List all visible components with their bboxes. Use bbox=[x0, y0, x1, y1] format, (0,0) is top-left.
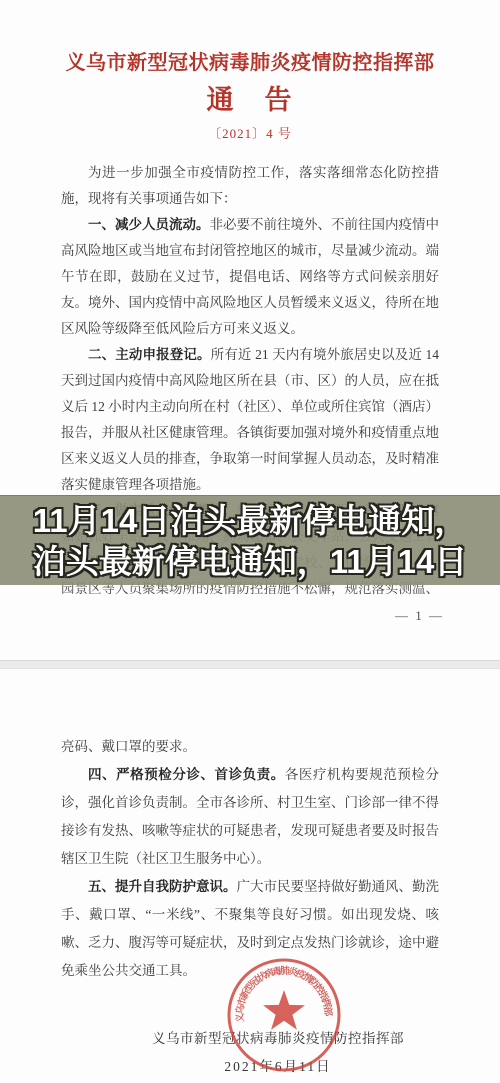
paragraph-2-lead: 二、主动申报登记。 bbox=[88, 347, 211, 362]
paragraph-intro: 为进一步加强全市疫情防控工作，落实落细常态化防控措施，现将有关事项通告如下： bbox=[61, 160, 439, 212]
paragraph-4: 四、严格预检分诊、首诊负责。各医疗机构要规范预检分诊，强化首诊负责制。全市各诊所… bbox=[61, 761, 439, 873]
signature-block: 义乌市新型冠状病毒肺炎疫情防控指挥部 2021年6月11日 bbox=[28, 1025, 500, 1081]
signature-date: 2021年6月11日 bbox=[28, 1053, 500, 1081]
caption-line-1: 11月14日泊头最新停电通知， bbox=[33, 500, 468, 541]
page2-body: 亮码、戴口罩的要求。 四、严格预检分诊、首诊负责。各医疗机构要规范预检分诊，强化… bbox=[61, 733, 439, 985]
caption-line-2: 泊头最新停电通知，11月14日 bbox=[33, 541, 468, 582]
screenshot-root: 义乌市新型冠状病毒肺炎疫情防控指挥部 通 告 〔2021〕4 号 为进一步加强全… bbox=[0, 0, 500, 1083]
doc-number: 〔2021〕4 号 bbox=[0, 123, 500, 142]
document-page-2: 亮码、戴口罩的要求。 四、严格预检分诊、首诊负责。各医疗机构要规范预检分诊，强化… bbox=[0, 669, 500, 1083]
page-divider bbox=[0, 660, 500, 669]
paragraph-2: 二、主动申报登记。所有近 21 天内有境外旅居史以及近 14 天到过国内疫情中高… bbox=[61, 342, 439, 498]
doc-type-title: 通 告 bbox=[0, 82, 500, 118]
page-number: — 1 — bbox=[395, 608, 444, 624]
paragraph-4-lead: 四、严格预检分诊、首诊负责。 bbox=[88, 767, 285, 782]
signature-org: 义乌市新型冠状病毒肺炎疫情防控指挥部 bbox=[28, 1025, 500, 1053]
seal-star-icon bbox=[263, 990, 305, 1030]
org-title: 义乌市新型冠状病毒肺炎疫情防控指挥部 bbox=[0, 48, 500, 78]
paragraph-intro-text: 为进一步加强全市疫情防控工作，落实落细常态化防控措施，现将有关事项通告如下： bbox=[61, 165, 439, 206]
paragraph-2-text: 所有近 21 天内有境外旅居史以及近 14 天到过国内疫情中高风险地区所在县（市… bbox=[61, 347, 439, 492]
paragraph-1-lead: 一、减少人员流动。 bbox=[88, 217, 210, 232]
paragraph-5-lead: 五、提升自我防护意识。 bbox=[88, 879, 237, 894]
paragraph-1-text: 非必要不前往境外、不前往国内疫情中高风险地区或当地宣布封闭管控地区的城市，尽量减… bbox=[61, 217, 439, 336]
document-header: 义乌市新型冠状病毒肺炎疫情防控指挥部 通 告 〔2021〕4 号 bbox=[0, 48, 500, 142]
caption-overlay-band: 11月14日泊头最新停电通知， 泊头最新停电通知，11月14日 bbox=[0, 495, 500, 585]
paragraph-1: 一、减少人员流动。非必要不前往境外、不前往国内疫情中高风险地区或当地宣布封闭管控… bbox=[61, 212, 439, 342]
paragraph-5: 五、提升自我防护意识。广大市民要坚持做好勤通风、勤洗手、戴口罩、“一米线”、不聚… bbox=[61, 873, 439, 985]
continuation-line: 亮码、戴口罩的要求。 bbox=[61, 733, 439, 761]
